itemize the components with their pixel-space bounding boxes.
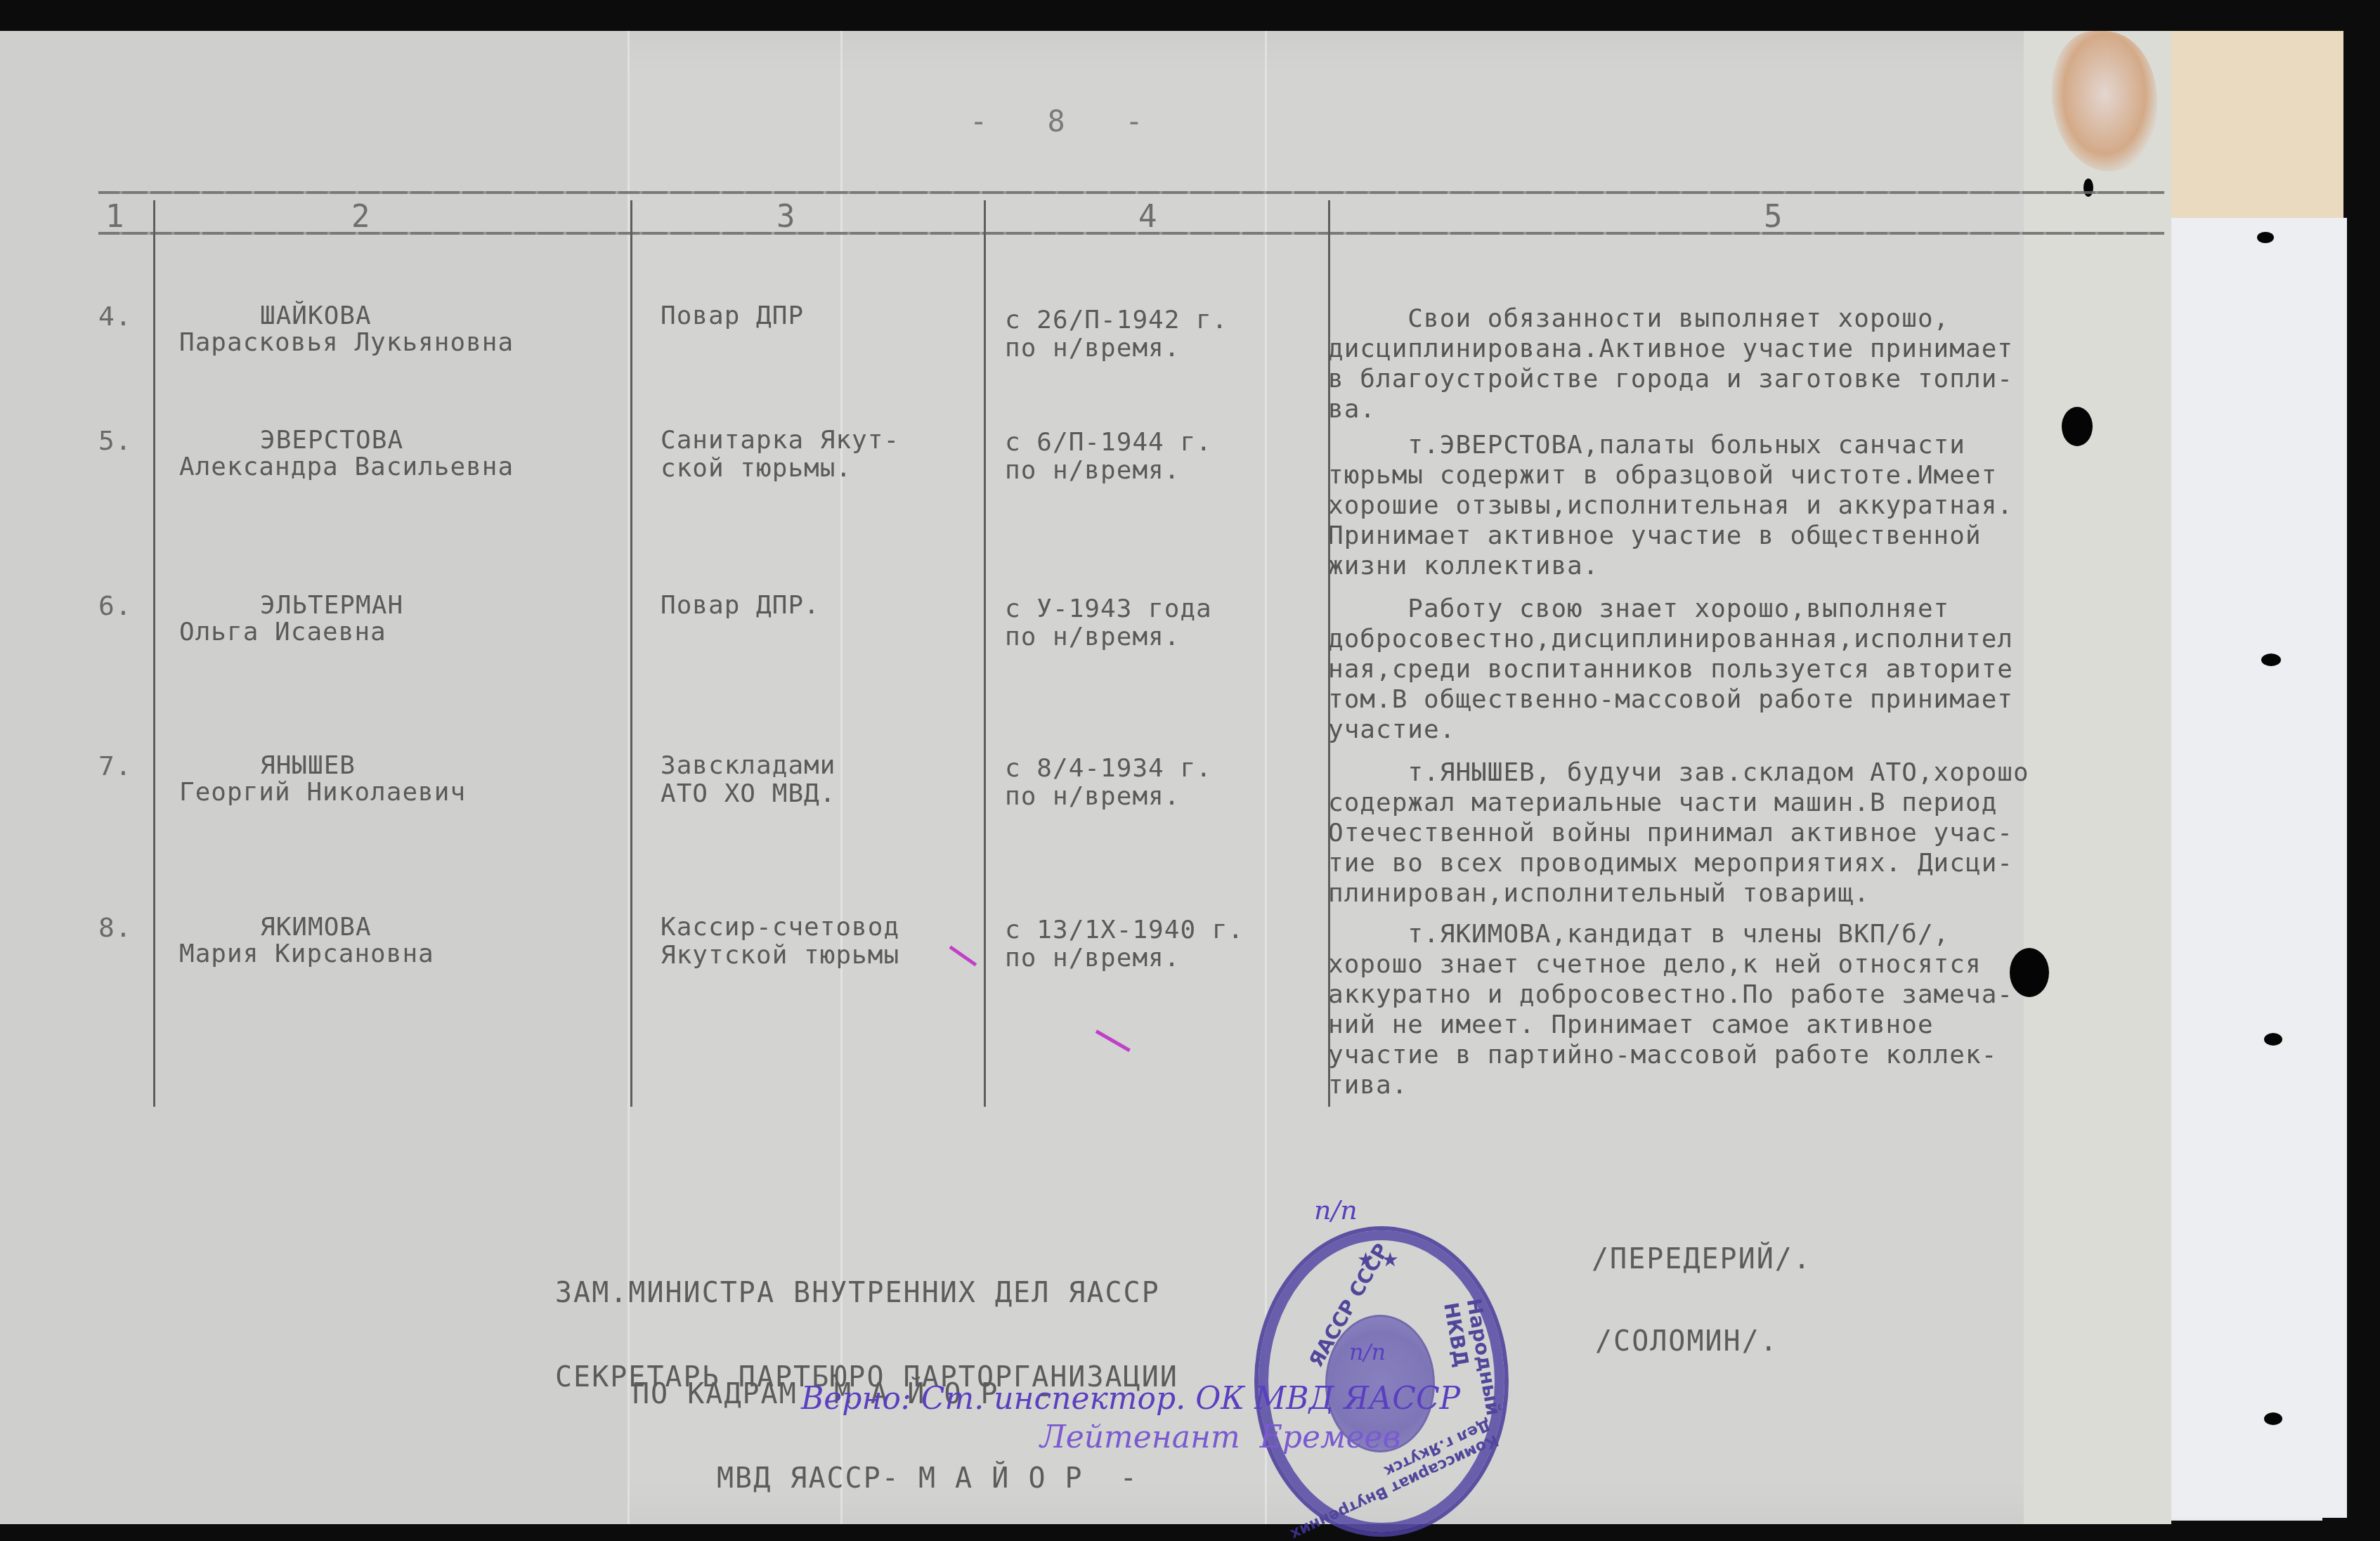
characterization-line: дисциплинирована.Активное участие приним… [1328,334,2013,364]
characterization-line: тива. [1328,1070,1407,1100]
fold-line [1265,31,1267,1524]
given-names: Мария Кирсановна [179,939,434,970]
period-end: по н/время. [1005,333,1180,364]
position: Санитарка Якут- [661,425,899,456]
position: ской тюрьмы. [661,453,852,484]
given-names: Георгий Николаевич [179,777,466,808]
characterization-line: содержал материальные части машин.В пери… [1328,788,1997,818]
column-header-5: 5 [1764,199,1783,235]
period-end: по н/время. [1005,781,1180,812]
period-start: с У-1943 года [1005,594,1212,625]
characterization-line: плинирован,исполнительный товарищ. [1328,878,1870,909]
period-start: с 6/П-1944 г. [1005,427,1212,458]
position: Кассир-счетовод [661,912,899,943]
position: Завскладами [661,750,835,781]
characterization-line: ная,среди воспитанников пользуется автор… [1328,654,2013,684]
period-start: с 26/П-1942 г. [1005,305,1228,336]
punch-hole [2083,178,2093,197]
characterization-line: ний не имеет. Принимает самое активное [1328,1010,1934,1040]
given-names: Александра Васильевна [179,452,514,483]
punch-hole [2264,1033,2282,1046]
characterization-line: хорошо знает счетное дело,к ней относятс… [1328,949,1982,980]
characterization-line: Принимает активное участие в общественно… [1328,521,1982,551]
backing-tan-paper [2171,31,2343,222]
certification-signature: Лейтенант Еремеев [1040,1419,1400,1455]
certification-line: Верно: Ст. инспектор. ОК МВД ЯАССР [801,1381,1460,1417]
characterization-line: участие. [1328,715,1455,745]
period-start: с 13/1Х-1940 г. [1005,915,1244,946]
characterization-line: ва. [1328,394,1376,424]
characterization-line: т.ЭВЕРСТОВА,палаты больных санчасти [1328,430,1965,460]
position: Повар ДПР. [661,590,820,621]
table-header-rule [98,232,2164,235]
row-number: 6. [98,590,132,621]
characterization-line: хорошие отзывы,исполнительная и аккуратн… [1328,490,2013,521]
characterization-line: жизни коллектива. [1328,551,1599,581]
position: Повар ДПР [661,301,804,332]
row-number: 5. [98,425,132,456]
position: АТО ХО МВД. [661,779,835,809]
given-names: Парасковья Лукьяновна [179,327,514,358]
characterization-line: участие в партийно-массовой работе колле… [1328,1040,1997,1070]
characterization-line: т.ЯКИМОВА,кандидат в члены ВКП/б/, [1328,919,1949,949]
star-icon: ★ ★ [1357,1248,1399,1271]
signatory-title-line: МВД ЯАССР- М А Й О Р - [555,1462,1178,1495]
column-header-1: 1 [105,199,124,235]
punch-hole [2261,654,2281,666]
characterization-line: Свои обязанности выполняет хорошо, [1328,304,1949,334]
handwritten-pp-mark: п/п [1349,1339,1386,1365]
handwritten-pp-mark: п/п [1314,1195,1358,1225]
punch-hole [2264,1412,2282,1425]
column-divider [153,200,155,1107]
characterization-line: т.ЯНЫШЕВ, будучи зав.складом АТО,хорошо [1328,758,2029,788]
period-end: по н/время. [1005,455,1180,486]
column-divider [630,200,632,1107]
punch-hole [2257,232,2274,243]
table-top-rule [98,191,2164,194]
row-number: 7. [98,750,132,781]
characterization-line: Отечественной войны принимал активное уч… [1328,818,2013,848]
row-number: 8. [98,912,132,943]
characterization-line: том.В общественно-массовой работе приним… [1328,684,2013,715]
column-divider [984,200,986,1107]
position: Якутской тюрьмы [661,940,899,971]
period-end: по н/время. [1005,943,1180,974]
punch-hole [2062,407,2093,446]
paper-edge [2024,31,2171,1524]
given-names: Ольга Исаевна [179,617,386,648]
signatory-name-2: /СОЛОМИН/. [1595,1325,1779,1358]
signatory-name-1: /ПЕРЕДЕРИЙ/. [1592,1242,1812,1276]
characterization-line: тие во всех проводимых мероприятиях. Дис… [1328,848,2013,878]
period-end: по н/время. [1005,622,1180,653]
column-header-2: 2 [351,199,370,235]
characterization-line: аккуратно и добросовестно.По работе заме… [1328,980,2013,1010]
backing-white-paper [2171,218,2347,1518]
row-number: 4. [98,301,132,332]
characterization-line: добросовестно,дисциплинированная,исполни… [1328,624,2013,654]
period-start: с 8/4-1934 г. [1005,753,1212,784]
column-header-4: 4 [1138,199,1157,235]
page-number: - 8 - [970,104,1164,138]
punch-hole [2010,948,2049,997]
characterization-line: Работу свою знает хорошо,выполняет [1328,594,1949,624]
characterization-line: в благоустройстве города и заготовке топ… [1328,364,2013,394]
column-header-3: 3 [776,199,795,235]
characterization-line: тюрьмы содержит в образцовой чистоте.Име… [1328,460,1997,490]
